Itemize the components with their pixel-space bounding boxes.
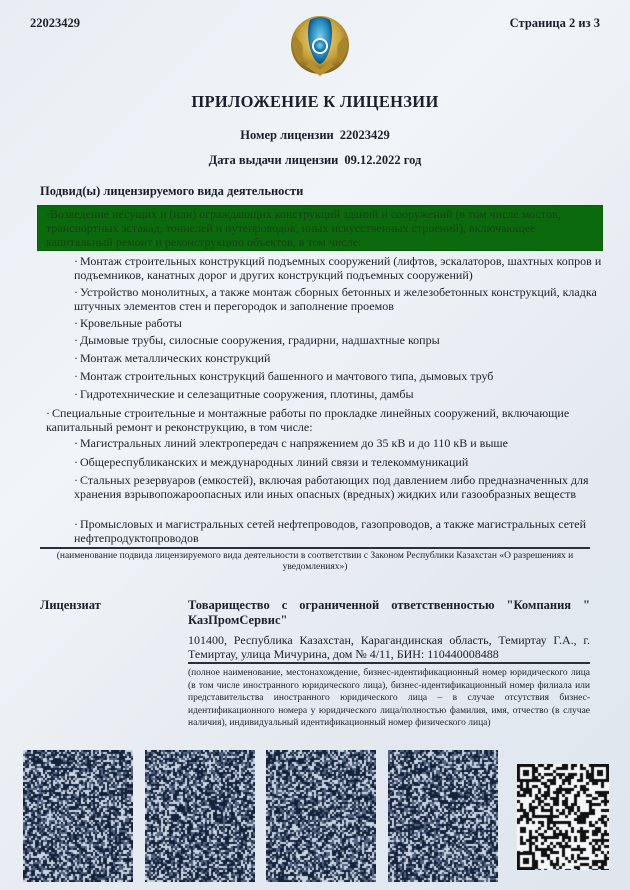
- licensee-address: 101400, Республика Казахстан, Карагандин…: [188, 633, 590, 661]
- issue-date-value: 09.12.2022 год: [344, 153, 421, 167]
- list-item: ·Стальных резервуаров (емкостей), включа…: [74, 473, 604, 501]
- divider: [40, 547, 590, 549]
- license-number-line: Номер лицензии22023429: [0, 128, 630, 143]
- activity-caption: (наименование подвида лицензируемого вид…: [40, 551, 590, 573]
- licensee-name: Товарищество с ограниченной ответственно…: [188, 598, 590, 628]
- list-item: ·Кровельные работы: [74, 316, 604, 330]
- licensee-label: Лицензиат: [40, 598, 101, 613]
- issue-date-label: Дата выдачи лицензии: [209, 153, 339, 167]
- list-item: ·Монтаж строительных конструкций башенно…: [74, 369, 604, 383]
- page-indicator: Страница 2 из 3: [510, 16, 600, 31]
- activity-group-1: ·Возведение несущих и (или) ограждающих …: [46, 207, 586, 249]
- barcode-strip: [0, 750, 630, 870]
- list-item: ·Гидротехнические и селезащитные сооруже…: [74, 387, 604, 401]
- qr-code-icon: [517, 764, 609, 870]
- list-item: ·Промысловых и магистральных сетей нефте…: [74, 517, 604, 545]
- state-emblem-icon: [288, 12, 352, 80]
- page-title: ПРИЛОЖЕНИЕ К ЛИЦЕНЗИИ: [0, 92, 630, 112]
- list-item: ·Общереспубликанских и международных лин…: [74, 455, 604, 469]
- list-item: ·Устройство монолитных, а также монтаж с…: [74, 285, 604, 313]
- 2d-barcode-icon: [266, 750, 376, 882]
- document-number: 22023429: [30, 16, 80, 31]
- divider: [188, 662, 590, 664]
- licensee-caption: (полное наименование, местонахождение, б…: [188, 667, 590, 730]
- activity-group-2: ·Специальные строительные и монтажные ра…: [46, 406, 591, 434]
- list-item: ·Дымовые трубы, силосные сооружения, гра…: [74, 333, 604, 347]
- 2d-barcode-icon: [23, 750, 133, 882]
- list-item: ·Магистральных линий электропередач с на…: [74, 436, 604, 450]
- license-number-label: Номер лицензии: [240, 128, 333, 142]
- issue-date-line: Дата выдачи лицензии09.12.2022 год: [0, 153, 630, 168]
- 2d-barcode-icon: [145, 750, 255, 882]
- 2d-barcode-icon: [388, 750, 498, 882]
- activity-heading: Подвид(ы) лицензируемого вида деятельнос…: [40, 184, 303, 199]
- list-item: ·Монтаж металлических конструкций: [74, 351, 604, 365]
- license-number-value: 22023429: [340, 128, 390, 142]
- list-item: ·Монтаж строительных конструкций подъемн…: [74, 254, 604, 282]
